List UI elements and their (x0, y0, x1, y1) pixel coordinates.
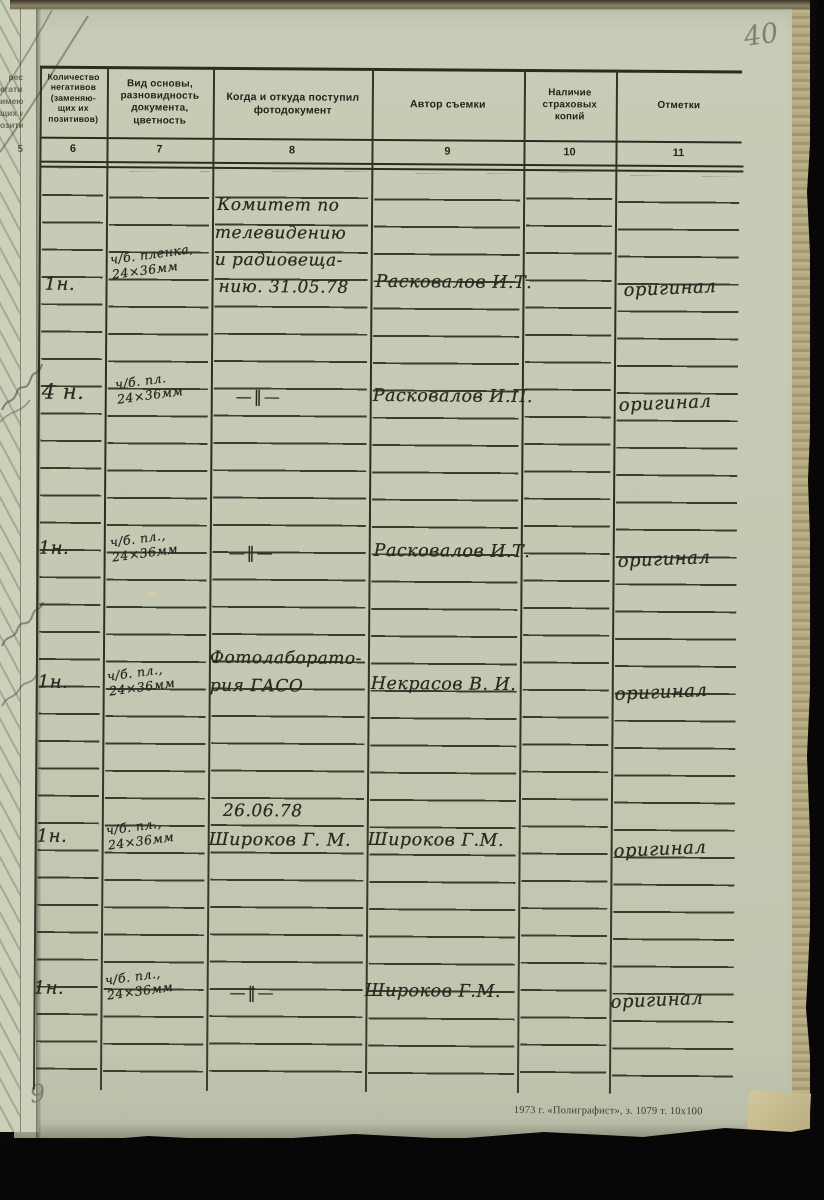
column-number-8: 8 (212, 144, 371, 157)
received-from: телевидению (215, 223, 346, 244)
column-number-10: 10 (523, 146, 615, 159)
ruled-rows-col8 (209, 170, 368, 1085)
column-header-7: Вид основы, разновидность документа, цве… (110, 78, 210, 127)
ruled-rows-col7 (103, 171, 209, 1085)
received-from: Фотолаборато- (210, 648, 362, 669)
marks-note: оригинал (618, 391, 712, 416)
column-number-6: 6 (39, 143, 106, 155)
author-name: Некрасов В. И. (371, 674, 517, 695)
received-from: рия ГАСО (210, 676, 304, 697)
author-name: Расковалов И.Т. (376, 272, 533, 293)
ditto-mark: —‖— (229, 543, 275, 562)
received-from: Комитет по (217, 195, 339, 216)
author-name: Широков Г.М. (368, 830, 504, 851)
ruled-rows-col6 (36, 169, 103, 1083)
scanned-ledger-page: рес егативн имею щих и озитив 5 40 9 Кол… (0, 0, 824, 1200)
marks-note: оригинал (613, 837, 707, 862)
received-from: и радиовеща- (215, 250, 343, 271)
received-from: Широков Г. М. (209, 830, 352, 851)
ruled-rows-col9 (368, 173, 520, 1087)
negatives-count: 4 н. (42, 380, 85, 404)
column-header-11: Отметки (620, 100, 738, 113)
marks-note: оригинал (623, 276, 717, 301)
author-name: Расковалов И.Т. (374, 541, 531, 562)
negatives-count: 1н. (39, 538, 70, 559)
column-header-9: Автор съемки (378, 98, 518, 112)
marks-note: оригинал (610, 988, 704, 1013)
ditto-mark: —‖— (230, 983, 276, 1002)
printer-imprint: 1973 г. «Полиграфист», з. 1079 т. 10х100 (514, 1105, 703, 1117)
ruled-rows-col11 (612, 176, 739, 1089)
column-number-7: 7 (106, 143, 212, 156)
marks-note: оригинал (614, 680, 708, 705)
received-from: нию. 31.05.78 (218, 277, 348, 298)
author-name: Широков Г.М. (365, 981, 501, 1002)
column-header-10: Наличие страховых копий (527, 87, 613, 123)
negatives-count: 1н. (44, 274, 75, 295)
ditto-mark: —‖— (236, 387, 282, 406)
negatives-count: 1н. (37, 826, 68, 847)
negatives-count: 1н. (34, 978, 65, 999)
column-header-8: Когда и откуда поступил фотодокумент (218, 91, 368, 118)
ruled-rows-col10 (520, 172, 612, 1087)
author-name: Расковалов И.П. (373, 386, 533, 407)
negatives-count: 1н. (38, 672, 69, 693)
folded-page-corner (747, 1090, 811, 1133)
column-number-11: 11 (615, 147, 741, 160)
column-number-9: 9 (371, 145, 523, 158)
marks-note: оригинал (617, 547, 711, 572)
received-date: 26.06.78 (223, 801, 303, 822)
register-table: Количество негативов (заменяю- щих их по… (0, 0, 824, 1200)
table-top-border (40, 66, 742, 74)
column-header-6: Количество негативов (заменяю- щих их по… (41, 72, 106, 125)
